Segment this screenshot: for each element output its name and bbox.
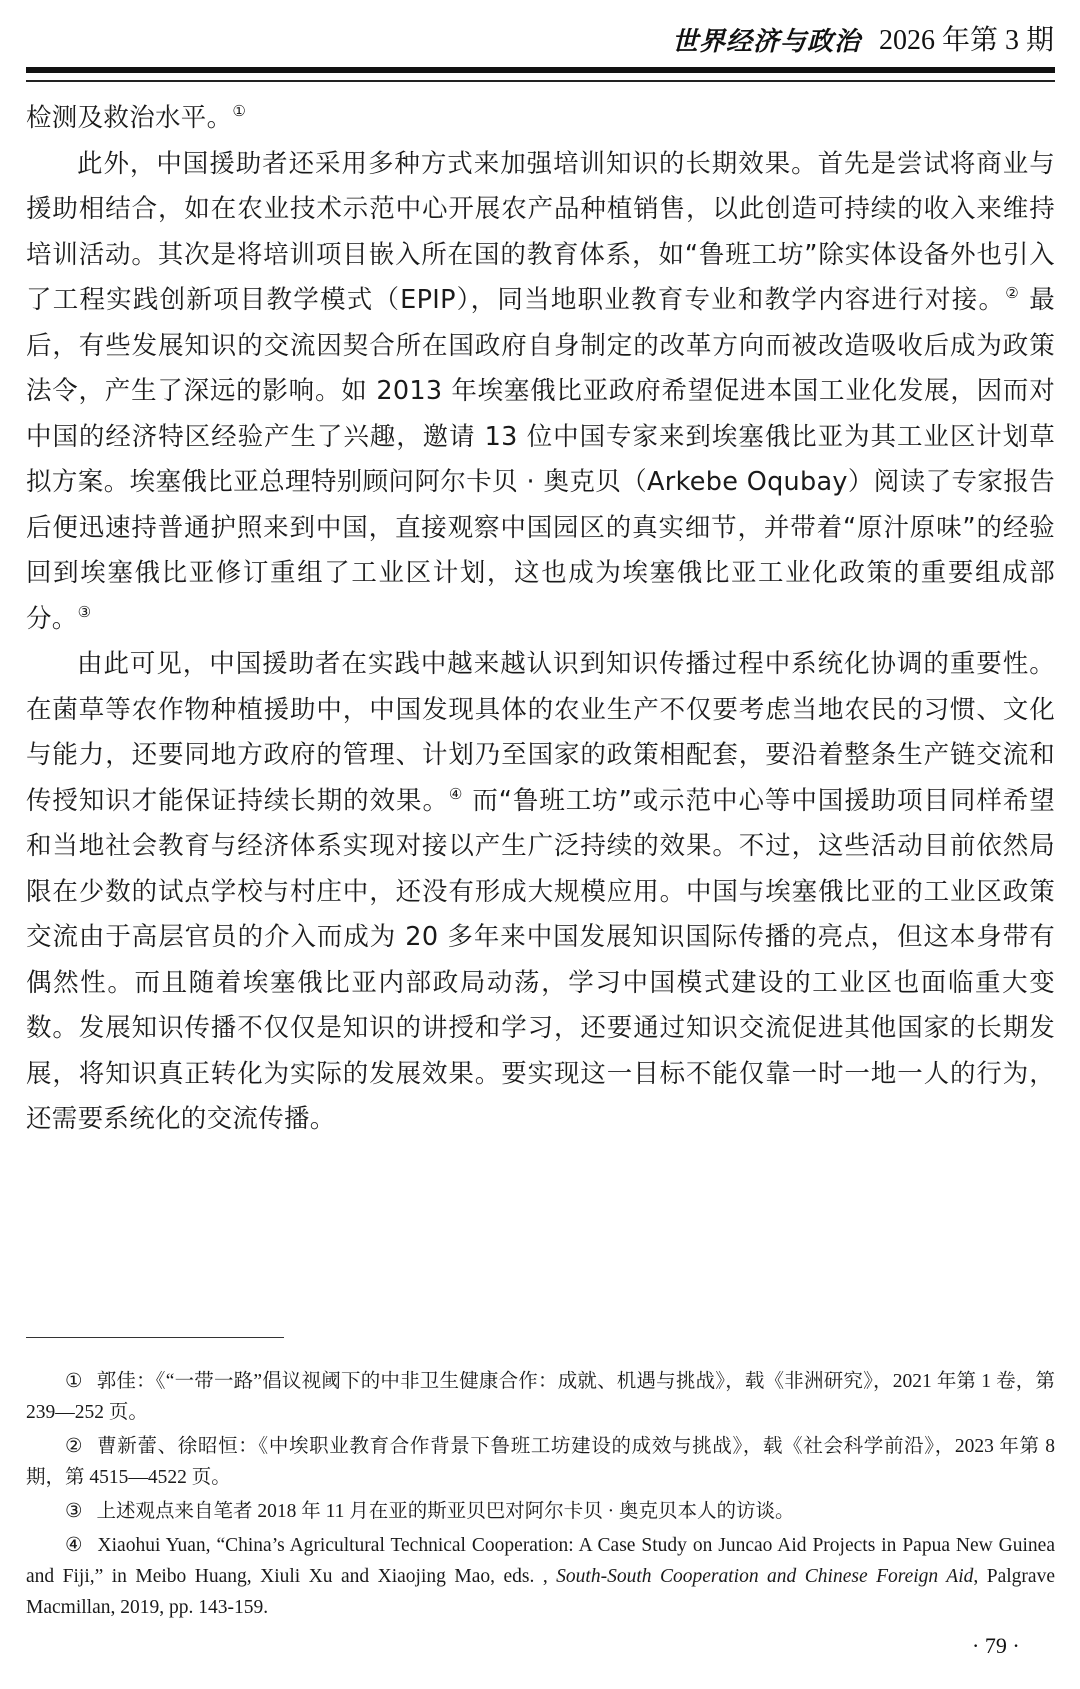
footnotes: ①郭佳：《“一带一路”倡议视阈下的中非卫生健康合作：成就、机遇与挑战》，载《非洲… (26, 1366, 1055, 1626)
footnote-ref-4[interactable]: ④ (449, 785, 463, 803)
running-header: 世界经济与政治 2026 年第 3 期 (672, 14, 1054, 58)
footnote-ref-2[interactable]: ② (1005, 284, 1020, 302)
body-text: 检测及救治水平。① 此外，中国援助者还采用多种方式来加强培训知识的长期效果。首先… (26, 96, 1055, 1143)
header-rule-thick (26, 67, 1055, 73)
paragraph-1: 检测及救治水平。① (26, 96, 1055, 142)
footnote-ref-1[interactable]: ① (232, 102, 246, 120)
footnote-4: ④Xiaohui Yuan, “China’s Agricultural Tec… (26, 1530, 1055, 1623)
footnote-2: ②曹新蕾、徐昭恒：《中埃职业教育合作背景下鲁班工坊建设的成效与挑战》，载《社会科… (26, 1431, 1055, 1493)
footnote-mark: ② (65, 1436, 83, 1457)
footnote-mark: ③ (65, 1501, 82, 1522)
footnote-1: ①郭佳：《“一带一路”倡议视阈下的中非卫生健康合作：成就、机遇与挑战》，载《非洲… (26, 1366, 1055, 1428)
page-number: · 79 · (972, 1633, 1020, 1659)
footnote-3: ③上述观点来自笔者 2018 年 11 月在亚的斯亚贝巴对阿尔卡贝 · 奥克贝本… (26, 1496, 1055, 1527)
footnote-ref-3[interactable]: ③ (78, 603, 92, 621)
footnote-separator (26, 1337, 284, 1338)
journal-name: 世界经济与政治 (672, 21, 861, 58)
issue-label: 2026 年第 3 期 (879, 18, 1054, 58)
paragraph-3: 由此可见，中国援助者在实践中越来越认识到知识传播过程中系统化协调的重要性。在菌草… (26, 642, 1055, 1143)
header-rule-thin (26, 80, 1055, 82)
book-title: South-South Cooperation and Chinese Fore… (556, 1566, 973, 1587)
footnote-mark: ④ (65, 1535, 84, 1556)
footnote-mark: ① (65, 1371, 83, 1392)
paragraph-2: 此外，中国援助者还采用多种方式来加强培训知识的长期效果。首先是尝试将商业与援助相… (26, 142, 1055, 643)
